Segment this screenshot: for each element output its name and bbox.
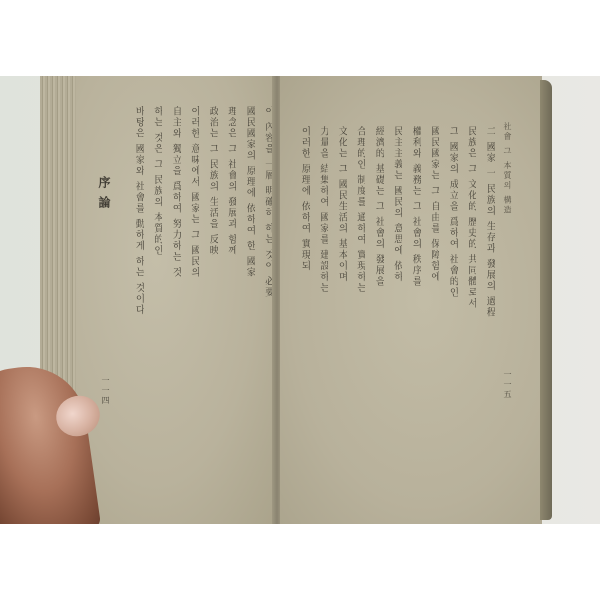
text-column: 國民國家는 그 自由를 保障함에 [430,126,440,506]
text-column: 合理的인 制度를 通하여 實現하는 [356,126,366,506]
text-column: 政治는 그 民族의 生活을 反映 [208,106,218,486]
book-cover-edge [540,80,552,520]
left-text-columns: 國家의 目的은 그 國民을 保護하는 데 있이 內容을 一層 明確히 하는 것이… [134,106,292,486]
text-column: 自主와 獨立을 爲하여 努力하는 것 [171,106,181,486]
right-page-number: 一一五 [502,370,513,400]
book-photo: 序論 國家의 目的은 그 國民을 保護하는 데 있이 內容을 一層 明確히 하는… [0,76,600,524]
text-column: 이러한 原理에 依하여 實現되 [300,126,310,506]
left-page: 序論 國家의 目的은 그 國民을 保護하는 데 있이 內容을 一層 明確히 하는… [76,76,276,524]
running-head: 社會 그 本質의 構造 [502,122,513,216]
text-column: 이러한 意味에서 國家는 그 國民의 [190,106,200,486]
text-column: 民族은 그 文化的 歷史的 共同體로서 [467,126,477,506]
text-column: 力量을 結集하여 國家를 建設하는 [319,126,329,506]
right-text-columns: 二 國家 一 民族의 生存과 發展의 過程民族은 그 文化的 歷史的 共同體로서… [300,126,495,506]
text-column: 民主主義는 國民의 意思에 依하 [393,126,403,506]
text-column: 二 國家 一 民族의 生存과 發展의 過程 [485,126,495,506]
left-page-number: 一一四 [100,376,111,406]
section-heading: 序論 [96,176,113,216]
text-column: 바탕은 國家와 社會를 動하게 하는 것이다 [134,106,144,486]
text-column: 經濟的 基礎는 그 社會의 發展을 [374,126,384,506]
text-column: 하는 것은 그 民族의 本質的인 [153,106,163,486]
text-column: 文化는 그 國民生活의 基本이며 [337,126,347,506]
text-column: 權利와 義務는 그 社會의 秩序를 [411,126,421,506]
open-book: 序論 國家의 目的은 그 國民을 保護하는 데 있이 內容을 一層 明確히 하는… [40,76,552,524]
text-column: 國民國家의 原理에 依하여 한 國家 [245,106,255,486]
text-column: 理念은 그 社會의 發展과 함께 [227,106,237,486]
text-column: 그 國家의 成立을 爲하여 社會的인 [448,126,458,506]
right-page: 社會 그 本質의 構造 二 國家 一 民族의 生存과 發展의 過程民族은 그 文… [280,76,542,524]
